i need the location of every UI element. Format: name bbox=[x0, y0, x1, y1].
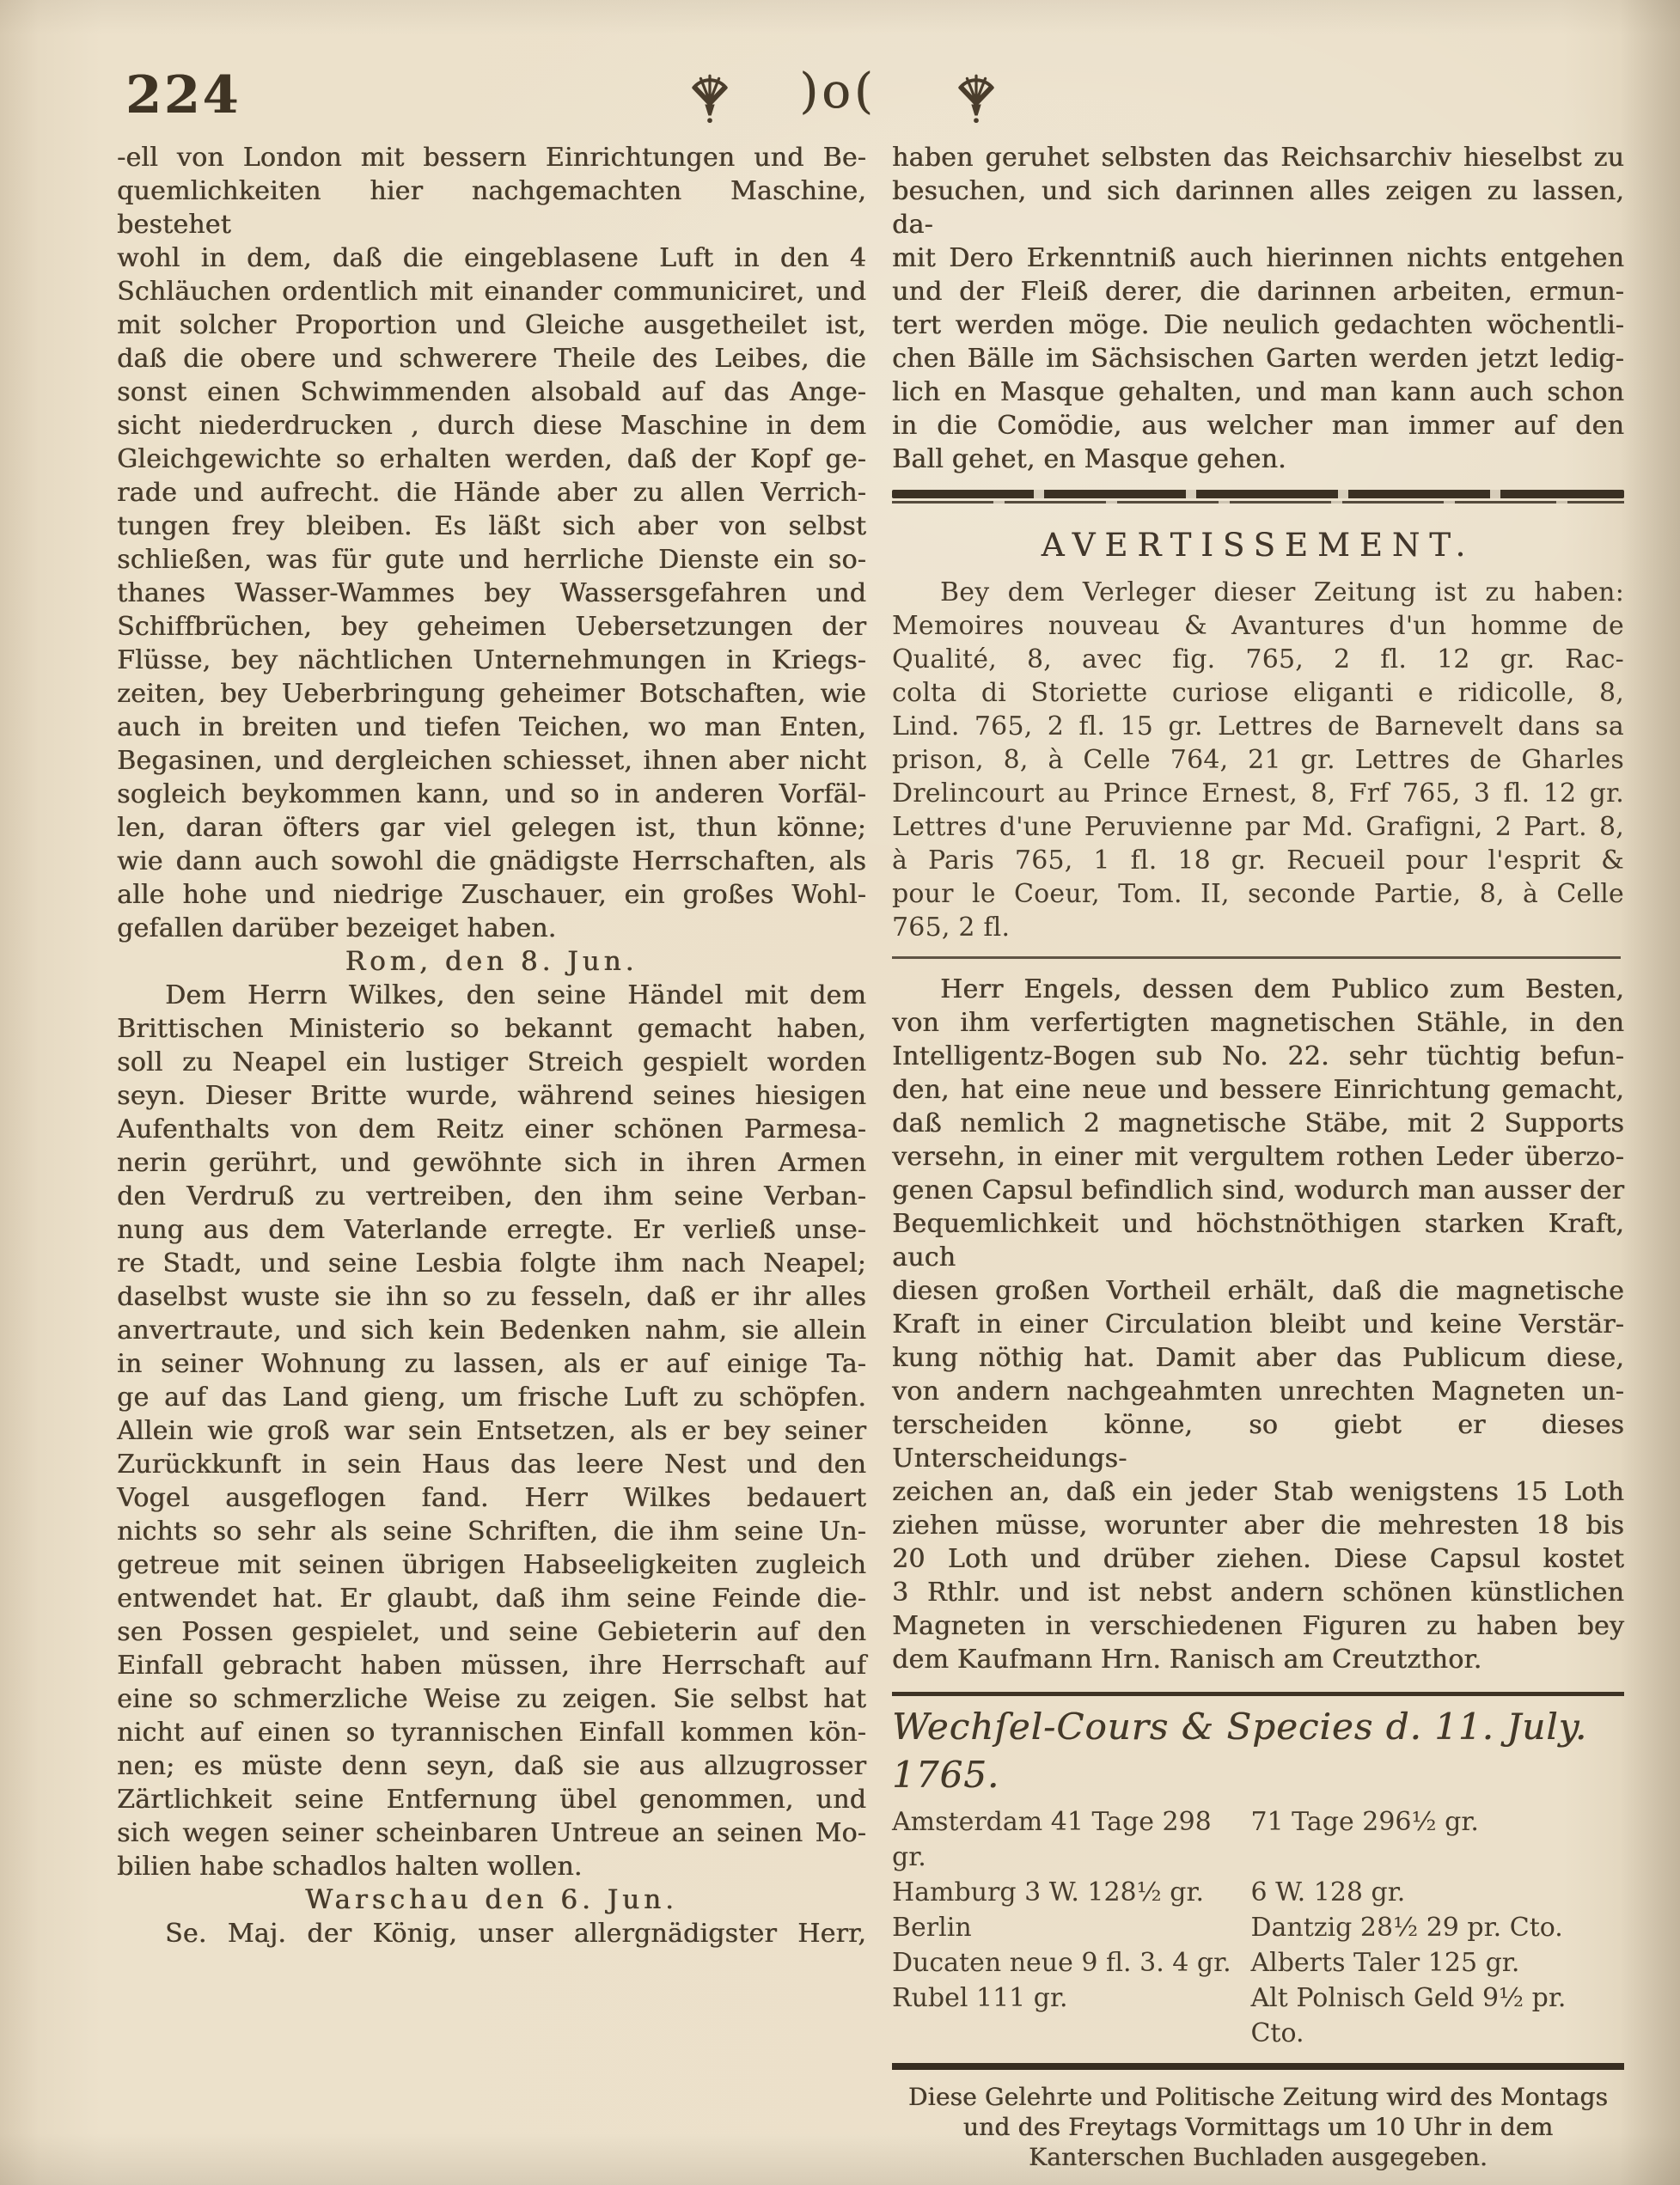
exchange-rate-row: Ducaten neue 9 fl. 3. 4 gr.Alberts Taler… bbox=[892, 1945, 1624, 1981]
text-line: daselbst wuste sie ihn so zu fesseln, da… bbox=[117, 1280, 866, 1314]
text-line: tungen frey bleiben. Es läßt sich aber v… bbox=[117, 510, 866, 543]
text-line: prison, 8, à Celle 764, 21 gr. Lettres d… bbox=[892, 743, 1624, 777]
text-line: Gleichgewichte so erhalten werden, daß d… bbox=[117, 442, 866, 476]
text-line: rade und aufrecht. die Hände aber zu all… bbox=[117, 476, 866, 510]
text-line: besuchen, und sich darinnen alles zeigen… bbox=[892, 174, 1624, 241]
exchange-rate-left: Amsterdam 41 Tage 298 gr. bbox=[892, 1804, 1250, 1875]
dateline-rom: Rom, den 8. Jun. bbox=[117, 945, 866, 979]
text-line: getreue mit seinen übrigen Habseeligkeit… bbox=[117, 1548, 866, 1582]
text-line: Lettres d'une Peruvienne par Md. Grafign… bbox=[892, 810, 1624, 844]
text-line: Ball gehet, en Masque gehen. bbox=[892, 442, 1624, 476]
text-line: Lind. 765, 2 fl. 15 gr. Lettres de Barne… bbox=[892, 710, 1624, 743]
exchange-rate-left: Berlin bbox=[892, 1910, 1250, 1945]
text-line: Herr Engels, dessen dem Publico zum Best… bbox=[892, 973, 1624, 1006]
exchange-rate-row: Hamburg 3 W. 128½ gr.6 W. 128 gr. bbox=[892, 1875, 1624, 1910]
text-line: -ell von London mit bessern Einrichtunge… bbox=[117, 141, 866, 174]
text-line: auch in breiten und tiefen Teichen, wo m… bbox=[117, 711, 866, 744]
text-line: nen; es müste denn seyn, daß sie aus all… bbox=[117, 1749, 866, 1783]
section-divider-thick-rule bbox=[892, 2063, 1624, 2070]
text-line: Se. Maj. der König, unser allergnädigste… bbox=[117, 1917, 866, 1950]
text-line: daß nemlich 2 magnetische Stäbe, mit 2 S… bbox=[892, 1107, 1624, 1140]
text-line: wohl in dem, daß die eingeblasene Luft i… bbox=[117, 241, 866, 275]
text-line: Qualité, 8, avec fig. 765, 2 fl. 12 gr. … bbox=[892, 643, 1624, 676]
dateline-warschau: Warschau den 6. Jun. bbox=[117, 1883, 866, 1917]
text-line: sogleich beykommen kann, und so in ander… bbox=[117, 778, 866, 811]
text-line: re Stadt, und seine Lesbia folgte ihm na… bbox=[117, 1247, 866, 1280]
text-line: Drelincourt au Prince Ernest, 8, Frf 765… bbox=[892, 777, 1624, 810]
text-line: eine so schmerzliche Weise zu zeigen. Si… bbox=[117, 1682, 866, 1716]
text-line: zeiten, bey Ueberbringung geheimer Botsc… bbox=[117, 677, 866, 711]
text-line: 765, 2 fl. bbox=[892, 911, 1624, 944]
text-line: wie dann auch sowohl die gnädigste Herrs… bbox=[117, 845, 866, 878]
article-warschau: Se. Maj. der König, unser allergnädigste… bbox=[117, 1917, 866, 1950]
exchange-rates-title: Wechſel-Cours & Species d. 11. July. 176… bbox=[892, 1703, 1624, 1799]
exchange-rate-right: Alberts Taler 125 gr. bbox=[1250, 1945, 1624, 1981]
text-line: Vogel ausgeflogen fand. Herr Wilkes beda… bbox=[117, 1481, 866, 1515]
article-wilkes: Dem Herrn Wilkes, den seine Händel mit d… bbox=[117, 979, 866, 1883]
exchange-rates-table: Amsterdam 41 Tage 298 gr.71 Tage 296½ gr… bbox=[892, 1804, 1624, 2051]
text-line: Brittischen Ministerio so bekannt gemach… bbox=[117, 1012, 866, 1046]
text-line: Zurückkunft in sein Haus das leere Nest … bbox=[117, 1448, 866, 1481]
text-line: thanes Wasser-Wammes bey Wassersgefahren… bbox=[117, 577, 866, 610]
text-line: in die Comödie, aus welcher man immer au… bbox=[892, 409, 1624, 442]
exchange-rate-row: Amsterdam 41 Tage 298 gr.71 Tage 296½ gr… bbox=[892, 1804, 1624, 1875]
exchange-rate-left: Ducaten neue 9 fl. 3. 4 gr. bbox=[892, 1945, 1250, 1981]
text-line: bilien habe schadlos halten wollen. bbox=[117, 1850, 866, 1883]
exchange-rate-right: 6 W. 128 gr. bbox=[1250, 1875, 1624, 1910]
rule-bar bbox=[892, 501, 1624, 504]
text-line: nichts so sehr als seine Schriften, die … bbox=[117, 1515, 866, 1548]
avertissement-heading: AVERTISSEMENT. bbox=[892, 526, 1624, 565]
text-line: Schläuchen ordentlich mit einander commu… bbox=[117, 275, 866, 308]
exchange-rate-right: 71 Tage 296½ gr. bbox=[1250, 1804, 1624, 1875]
text-line: und des Freytags Vormittags um 10 Uhr in… bbox=[892, 2112, 1624, 2142]
text-line: chen Bälle im Sächsischen Garten werden … bbox=[892, 342, 1624, 375]
text-line: Zärtlichkeit seine Entfernung übel genom… bbox=[117, 1783, 866, 1816]
text-line: versehn, in einer mit vergultem rothen L… bbox=[892, 1140, 1624, 1174]
shell-ornament-icon bbox=[954, 72, 999, 129]
text-line: haben geruhet selbsten das Reichsarchiv … bbox=[892, 141, 1624, 174]
text-line: Einfall gebracht haben müssen, ihre Herr… bbox=[117, 1649, 866, 1682]
section-divider-rule bbox=[892, 1692, 1624, 1696]
text-line: 20 Loth und drüber ziehen. Diese Capsul … bbox=[892, 1542, 1624, 1576]
exchange-rate-right: Dantzig 28½ 29 pr. Cto. bbox=[1250, 1910, 1624, 1945]
article-reichsarchiv: haben geruhet selbsten das Reichsarchiv … bbox=[892, 141, 1624, 476]
text-line: entwendet hat. Er glaubt, daß ihm seine … bbox=[117, 1582, 866, 1615]
text-line: Kraft in einer Circulation bleibt und ke… bbox=[892, 1308, 1624, 1341]
shell-ornament-icon bbox=[687, 72, 732, 129]
text-line: schließen, was für gute und herrliche Di… bbox=[117, 543, 866, 577]
text-line: mit Dero Erkenntniß auch hierinnen nicht… bbox=[892, 241, 1624, 275]
text-line: Kanterschen Buchladen ausgegeben. bbox=[892, 2142, 1624, 2172]
text-line: kung nöthig hat. Damit aber das Publicum… bbox=[892, 1341, 1624, 1375]
text-line: Diese Gelehrte und Politische Zeitung wi… bbox=[892, 2082, 1624, 2112]
article-london-machine: -ell von London mit bessern Einrichtunge… bbox=[117, 141, 866, 945]
text-line: terscheiden könne, so giebt er dieses Un… bbox=[892, 1408, 1624, 1475]
text-line: pour le Coeur, Tom. II, seconde Partie, … bbox=[892, 877, 1624, 911]
page-number: 224 bbox=[125, 65, 241, 125]
text-line: Bey dem Verleger dieser Zeitung ist zu h… bbox=[892, 576, 1624, 609]
text-line: dem Kaufmann Hrn. Ranisch am Creutzthor. bbox=[892, 1643, 1624, 1676]
text-line: Aufenthalts von dem Reitz einer schönen … bbox=[117, 1113, 866, 1146]
text-line: seyn. Dieser Britte wurde, während seine… bbox=[117, 1079, 866, 1113]
text-line: quemlichkeiten hier nachgemachten Maschi… bbox=[117, 174, 866, 241]
text-line: sen Possen gespielet, und seine Gebieter… bbox=[117, 1615, 866, 1649]
text-line: sonst einen Schwimmenden alsobald auf da… bbox=[117, 375, 866, 409]
text-line: alle hohe und niedrige Zuschauer, ein gr… bbox=[117, 878, 866, 912]
text-line: 3 Rthlr. und ist nebst andern schönen kü… bbox=[892, 1576, 1624, 1609]
publication-imprint: Diese Gelehrte und Politische Zeitung wi… bbox=[892, 2082, 1624, 2172]
text-line: daß die obere und schwerere Theile des L… bbox=[117, 342, 866, 375]
page-header: 224 )o( bbox=[0, 0, 1680, 146]
exchange-rate-left: Rubel 111 gr. bbox=[892, 1981, 1250, 2051]
text-line: gefallen darüber bezeiget haben. bbox=[117, 912, 866, 945]
section-divider-thin-rule bbox=[892, 956, 1621, 959]
text-line: genen Capsul befindlich sind, wodurch ma… bbox=[892, 1174, 1624, 1207]
text-line: den Verdruß zu vertreiben, den ihm seine… bbox=[117, 1180, 866, 1213]
text-line: und der Fleiß derer, die darinnen arbeit… bbox=[892, 275, 1624, 308]
exchange-rate-right: Alt Polnisch Geld 9½ pr. Cto. bbox=[1250, 1981, 1624, 2051]
text-line: den, hat eine neue und bessere Einrichtu… bbox=[892, 1073, 1624, 1107]
text-line: Schiffbrüchen, bey geheimen Uebersetzung… bbox=[117, 610, 866, 644]
right-column: haben geruhet selbsten das Reichsarchiv … bbox=[892, 141, 1624, 2172]
text-line: ge auf das Land gieng, um frische Luft z… bbox=[117, 1381, 866, 1414]
text-line: tert werden möge. Die neulich gedachten … bbox=[892, 308, 1624, 342]
section-divider-double-rule bbox=[892, 490, 1624, 507]
text-line: Dem Herrn Wilkes, den seine Händel mit d… bbox=[117, 979, 866, 1012]
text-line: à Paris 765, 1 fl. 18 gr. Recueil pour l… bbox=[892, 844, 1624, 877]
text-line: Flüsse, bey nächtlichen Unternehmungen i… bbox=[117, 644, 866, 677]
exchange-rate-row: BerlinDantzig 28½ 29 pr. Cto. bbox=[892, 1910, 1624, 1945]
article-engels-magnets: Herr Engels, dessen dem Publico zum Best… bbox=[892, 973, 1624, 1676]
text-line: mit solcher Proportion und Gleiche ausge… bbox=[117, 308, 866, 342]
text-line: Bequemlichkeit und höchstnöthigen starke… bbox=[892, 1207, 1624, 1274]
text-line: len, daran öfters gar viel gelegen ist, … bbox=[117, 811, 866, 845]
text-line: nerin gerührt, und gewöhnte sich in ihre… bbox=[117, 1146, 866, 1180]
text-line: colta di Storiette curiose eliganti e ri… bbox=[892, 676, 1624, 710]
text-line: nicht auf einen so tyrannischen Einfall … bbox=[117, 1716, 866, 1749]
avertissement-booklist: Bey dem Verleger dieser Zeitung ist zu h… bbox=[892, 576, 1624, 944]
column-divider-mark: )o( bbox=[773, 64, 902, 119]
text-line: soll zu Neapel ein lustiger Streich gesp… bbox=[117, 1046, 866, 1079]
newspaper-scan-page: { "page": { "number": "224", "ornaments"… bbox=[0, 0, 1680, 2185]
text-line: lich en Masque gehalten, und man kann au… bbox=[892, 375, 1624, 409]
text-line: zeichen an, daß ein jeder Stab wenigsten… bbox=[892, 1475, 1624, 1509]
text-line: sicht niederdrucken , durch diese Maschi… bbox=[117, 409, 866, 442]
left-column: -ell von London mit bessern Einrichtunge… bbox=[117, 141, 866, 1950]
text-line: Allein wie groß war sein Entsetzen, als … bbox=[117, 1414, 866, 1448]
text-line: Intelligentz-Bogen sub No. 22. sehr tüch… bbox=[892, 1040, 1624, 1073]
exchange-rate-left: Hamburg 3 W. 128½ gr. bbox=[892, 1875, 1250, 1910]
text-line: nung aus dem Vaterlande erregte. Er verl… bbox=[117, 1213, 866, 1247]
text-line: in seiner Wohnung zu lassen, als er auf … bbox=[117, 1347, 866, 1381]
text-line: sich wegen seiner scheinbaren Untreue an… bbox=[117, 1816, 866, 1850]
text-line: Memoires nouveau & Avantures d'un homme … bbox=[892, 609, 1624, 643]
text-line: von ihm verfertigten magnetischen Stähle… bbox=[892, 1006, 1624, 1040]
exchange-rate-row: Rubel 111 gr.Alt Polnisch Geld 9½ pr. Ct… bbox=[892, 1981, 1624, 2051]
rule-bar bbox=[892, 490, 1624, 498]
text-line: diesen großen Vortheil erhält, daß die m… bbox=[892, 1274, 1624, 1308]
text-line: von andern nachgeahmten unrechten Magnet… bbox=[892, 1375, 1624, 1408]
text-line: ziehen müsse, worunter aber die mehreste… bbox=[892, 1509, 1624, 1542]
text-line: anvertraute, und sich kein Bedenken nahm… bbox=[117, 1314, 866, 1347]
text-line: Magneten in verschiedenen Figuren zu hab… bbox=[892, 1609, 1624, 1643]
text-line: Begasinen, und dergleichen schiesset, ih… bbox=[117, 744, 866, 778]
